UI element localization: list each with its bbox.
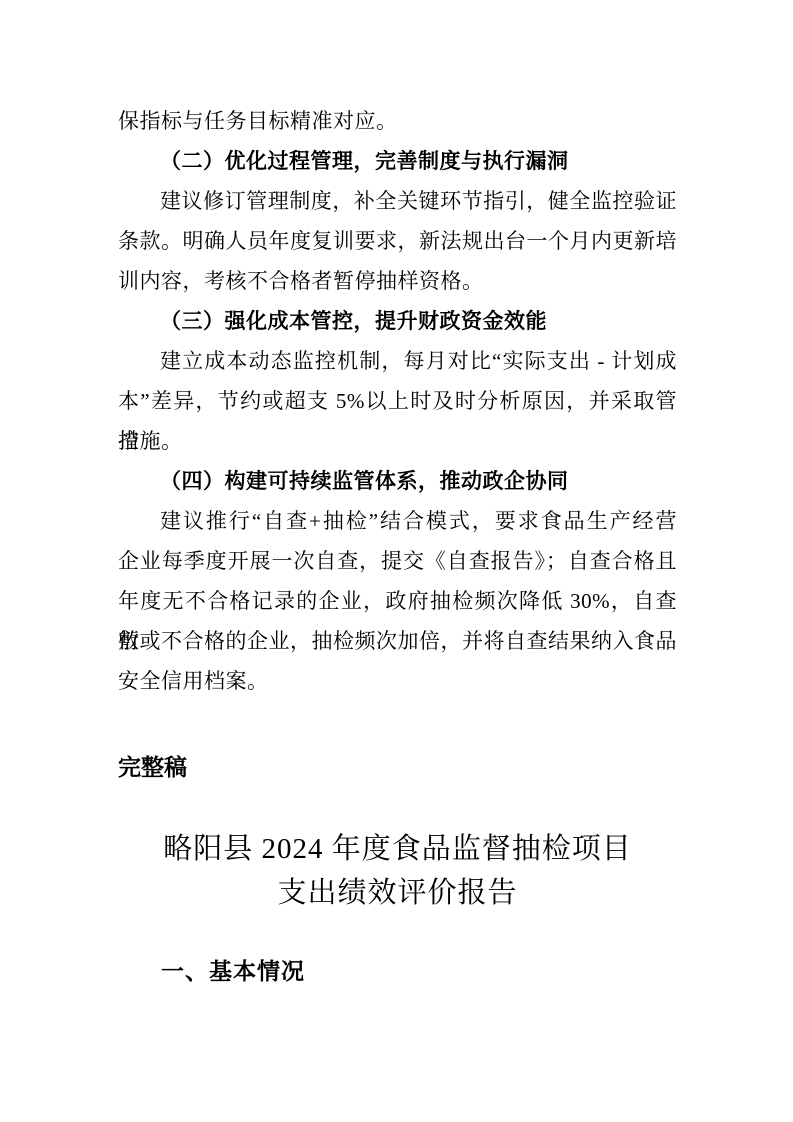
body-line: 措施。: [118, 421, 677, 461]
body-line: 衍或不合格的企业，抽检频次加倍，并将自查结果纳入食品: [118, 621, 677, 661]
body-subheading: （三）强化成本管控，提升财政资金效能: [118, 301, 677, 341]
document-body: 保指标与任务目标精准对应。（二）优化过程管理，完善制度与执行漏洞建议修订管理制度…: [118, 101, 677, 701]
document-page: 保指标与任务目标精准对应。（二）优化过程管理，完善制度与执行漏洞建议修订管理制度…: [0, 0, 793, 1122]
body-line: 年度无不合格记录的企业，政府抽检频次降低 30%，自查敷: [118, 581, 677, 621]
body-line: 建立成本动态监控机制，每月对比“实际支出 - 计划成: [118, 341, 677, 381]
body-line: 保指标与任务目标精准对应。: [118, 101, 677, 141]
report-title-line2: 支出绩效评价报告: [118, 871, 677, 915]
section-heading-basic-situation: 一、基本情况: [118, 955, 305, 987]
body-line: 本”差异，节约或超支 5%以上时及时分析原因，并采取管控: [118, 381, 677, 421]
body-line: 训内容，考核不合格者暂停抽样资格。: [118, 261, 677, 301]
draft-version-label: 完整稿: [118, 752, 187, 782]
body-line: 安全信用档案。: [118, 661, 677, 701]
body-subheading: （二）优化过程管理，完善制度与执行漏洞: [118, 141, 677, 181]
body-line: 条款。明确人员年度复训要求，新法规出台一个月内更新培: [118, 221, 677, 261]
body-line: 建议修订管理制度，补全关键环节指引，健全监控验证: [118, 181, 677, 221]
body-line: 企业每季度开展一次自查，提交《自查报告》；自查合格且: [118, 541, 677, 581]
body-line: 建议推行“自查+抽检”结合模式，要求食品生产经营: [118, 501, 677, 541]
report-title: 略阳县 2024 年度食品监督抽检项目 支出绩效评价报告: [118, 827, 677, 915]
report-title-line1: 略阳县 2024 年度食品监督抽检项目: [118, 827, 677, 871]
body-subheading: （四）构建可持续监管体系，推动政企协同: [118, 461, 677, 501]
